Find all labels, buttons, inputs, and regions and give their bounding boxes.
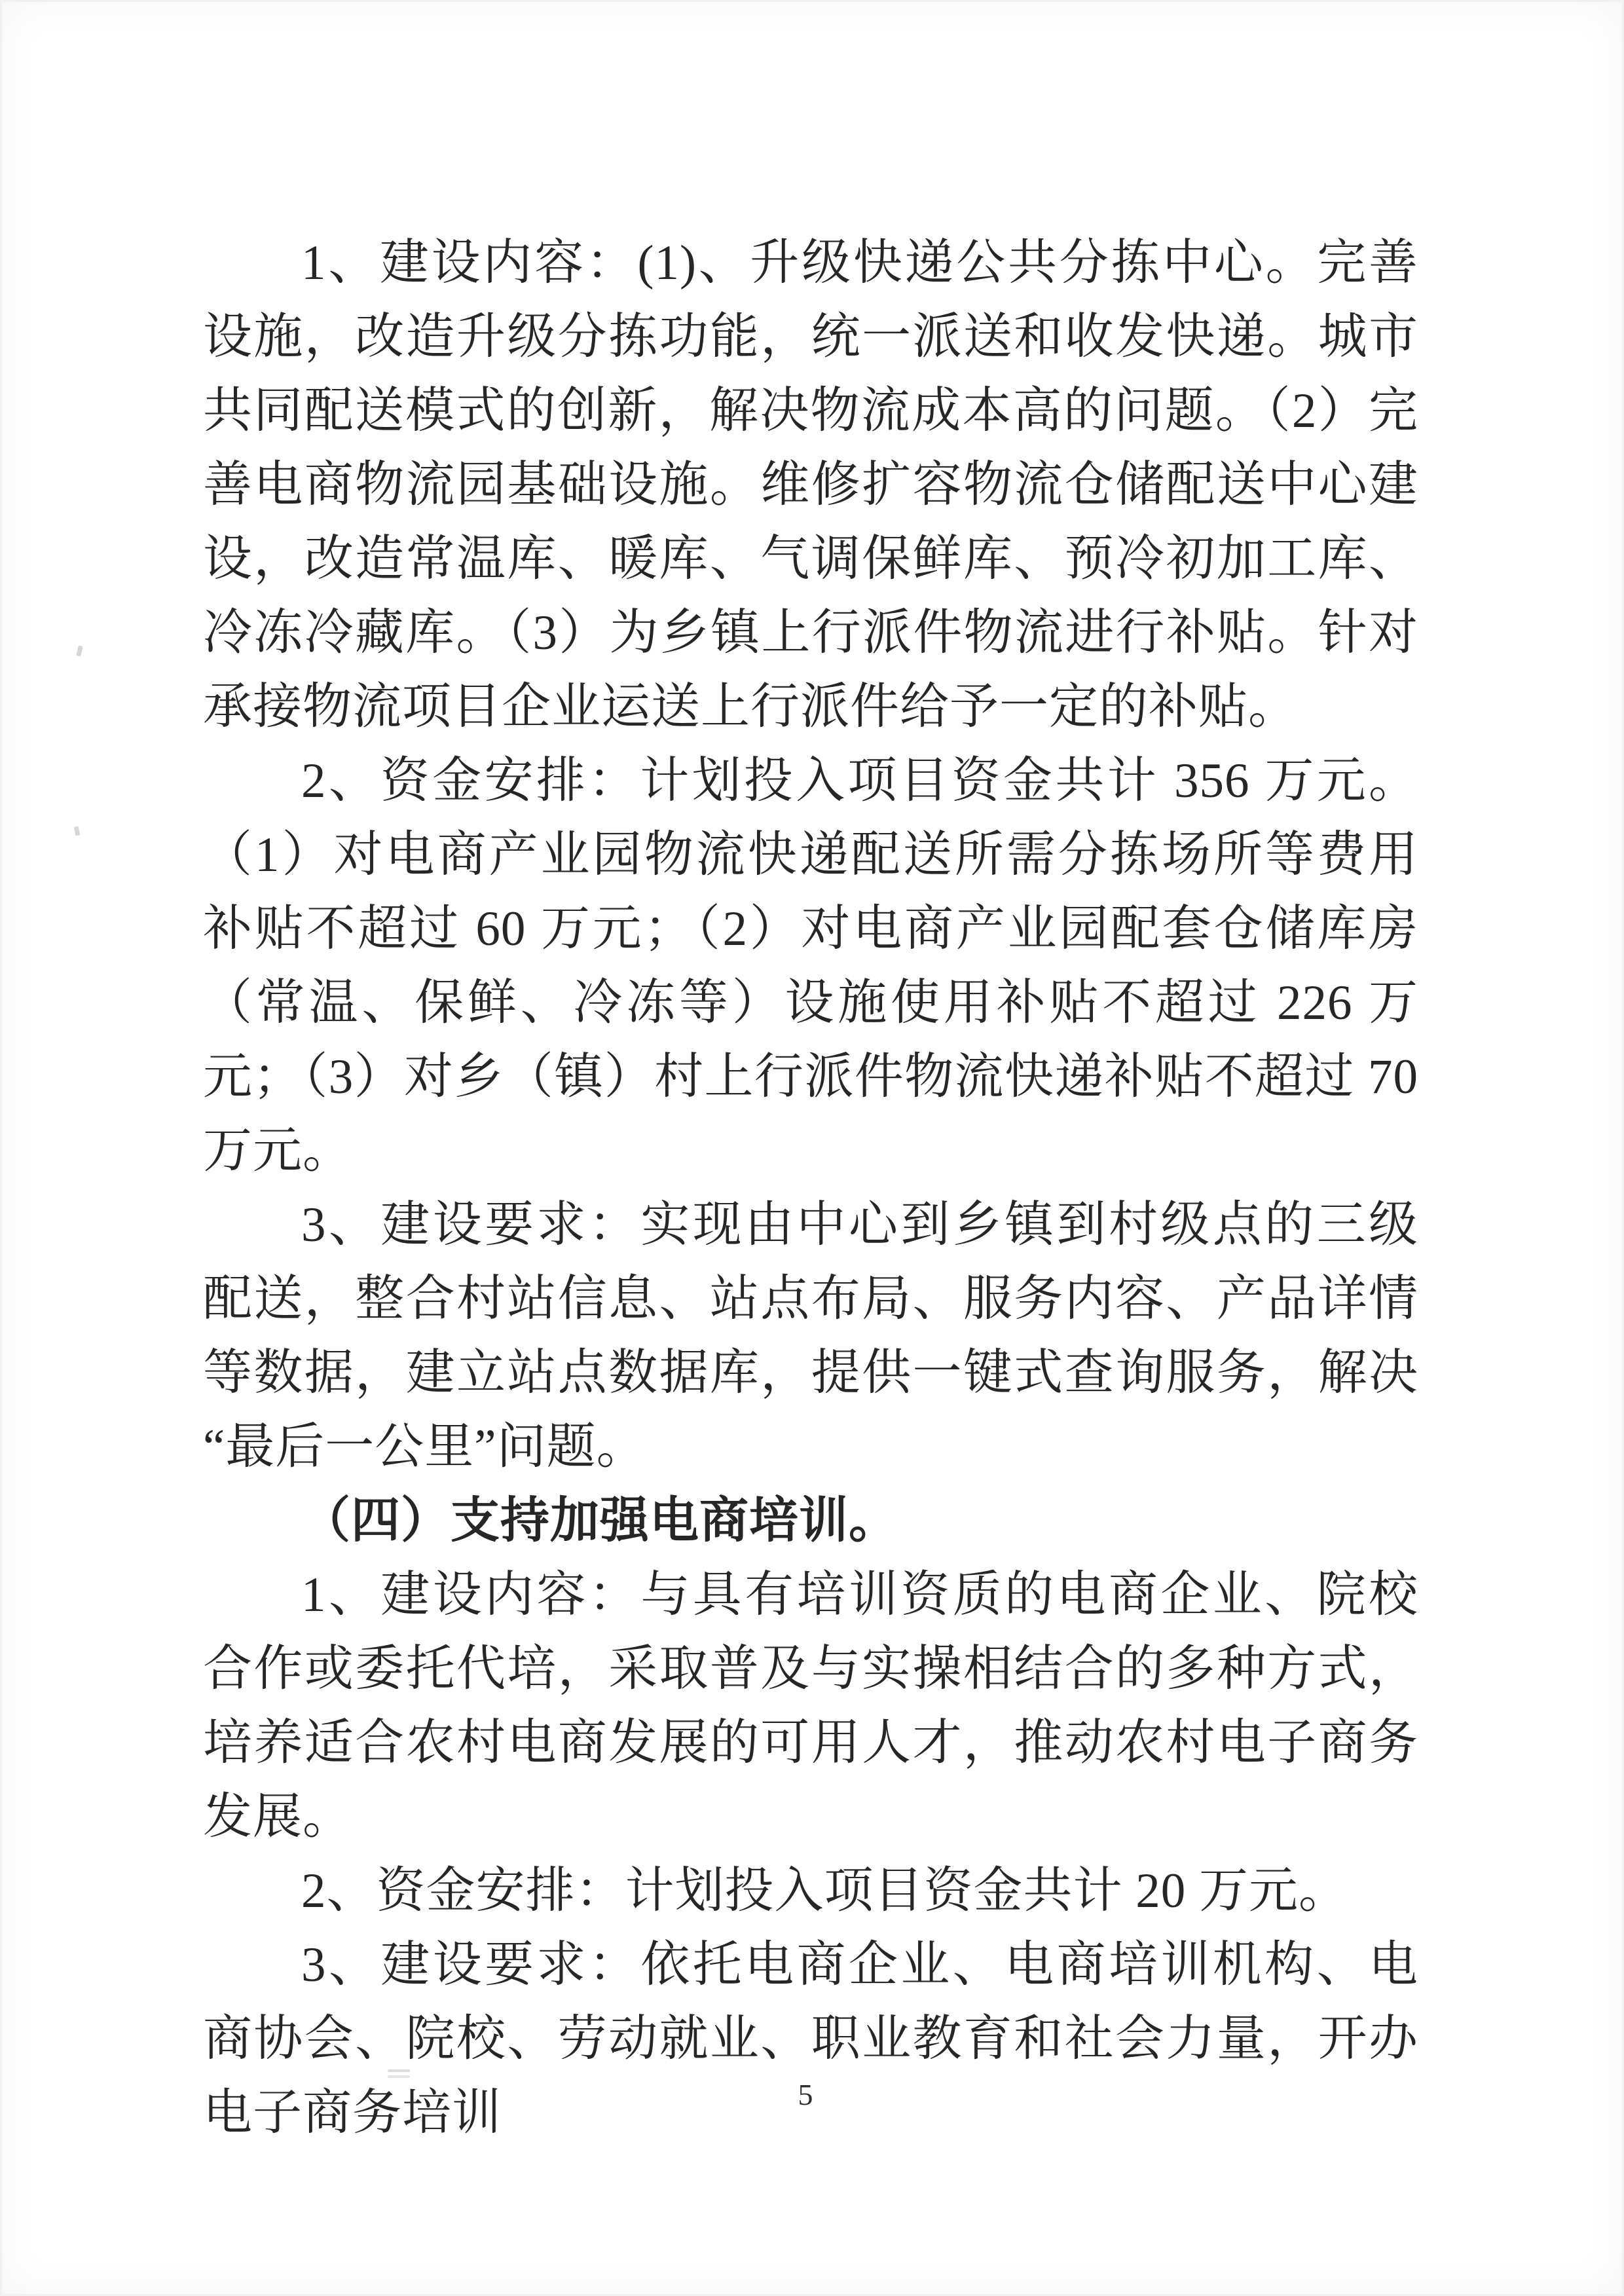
scan-artifact <box>74 826 80 836</box>
scan-artifact <box>76 645 83 656</box>
page-number: 5 <box>0 2077 1611 2112</box>
paragraph-construction-requirements-1: 3、建设要求：实现由中心到乡镇到村级点的三级配送，整合村站信息、站点布局、服务内… <box>203 1188 1418 1484</box>
document-page: 1、建设内容：(1)、升级快递公共分拣中心。完善设施，改造升级分拣功能，统一派送… <box>0 0 1624 2296</box>
paragraph-construction-requirements-2: 3、建设要求：依托电商企业、电商培训机构、电商协会、院校、劳动就业、职业教育和社… <box>203 1928 1418 2150</box>
paragraph-funding-arrangement-1: 2、资金安排：计划投入项目资金共计 356 万元。（1）对电商产业园物流快递配送… <box>203 744 1418 1188</box>
paragraph-construction-content-2: 1、建设内容：与具有培训资质的电商企业、院校合作或委托代培，采取普及与实操相结合… <box>203 1558 1418 1854</box>
scan-artifact <box>388 2069 410 2072</box>
section-heading-four: （四）支持加强电商培训。 <box>203 1484 1418 1558</box>
paragraph-funding-arrangement-2: 2、资金安排：计划投入项目资金共计 20 万元。 <box>203 1854 1418 1928</box>
document-body: 1、建设内容：(1)、升级快递公共分拣中心。完善设施，改造升级分拣功能，统一派送… <box>203 226 1418 2150</box>
paragraph-construction-content-1: 1、建设内容：(1)、升级快递公共分拣中心。完善设施，改造升级分拣功能，统一派送… <box>203 226 1418 744</box>
